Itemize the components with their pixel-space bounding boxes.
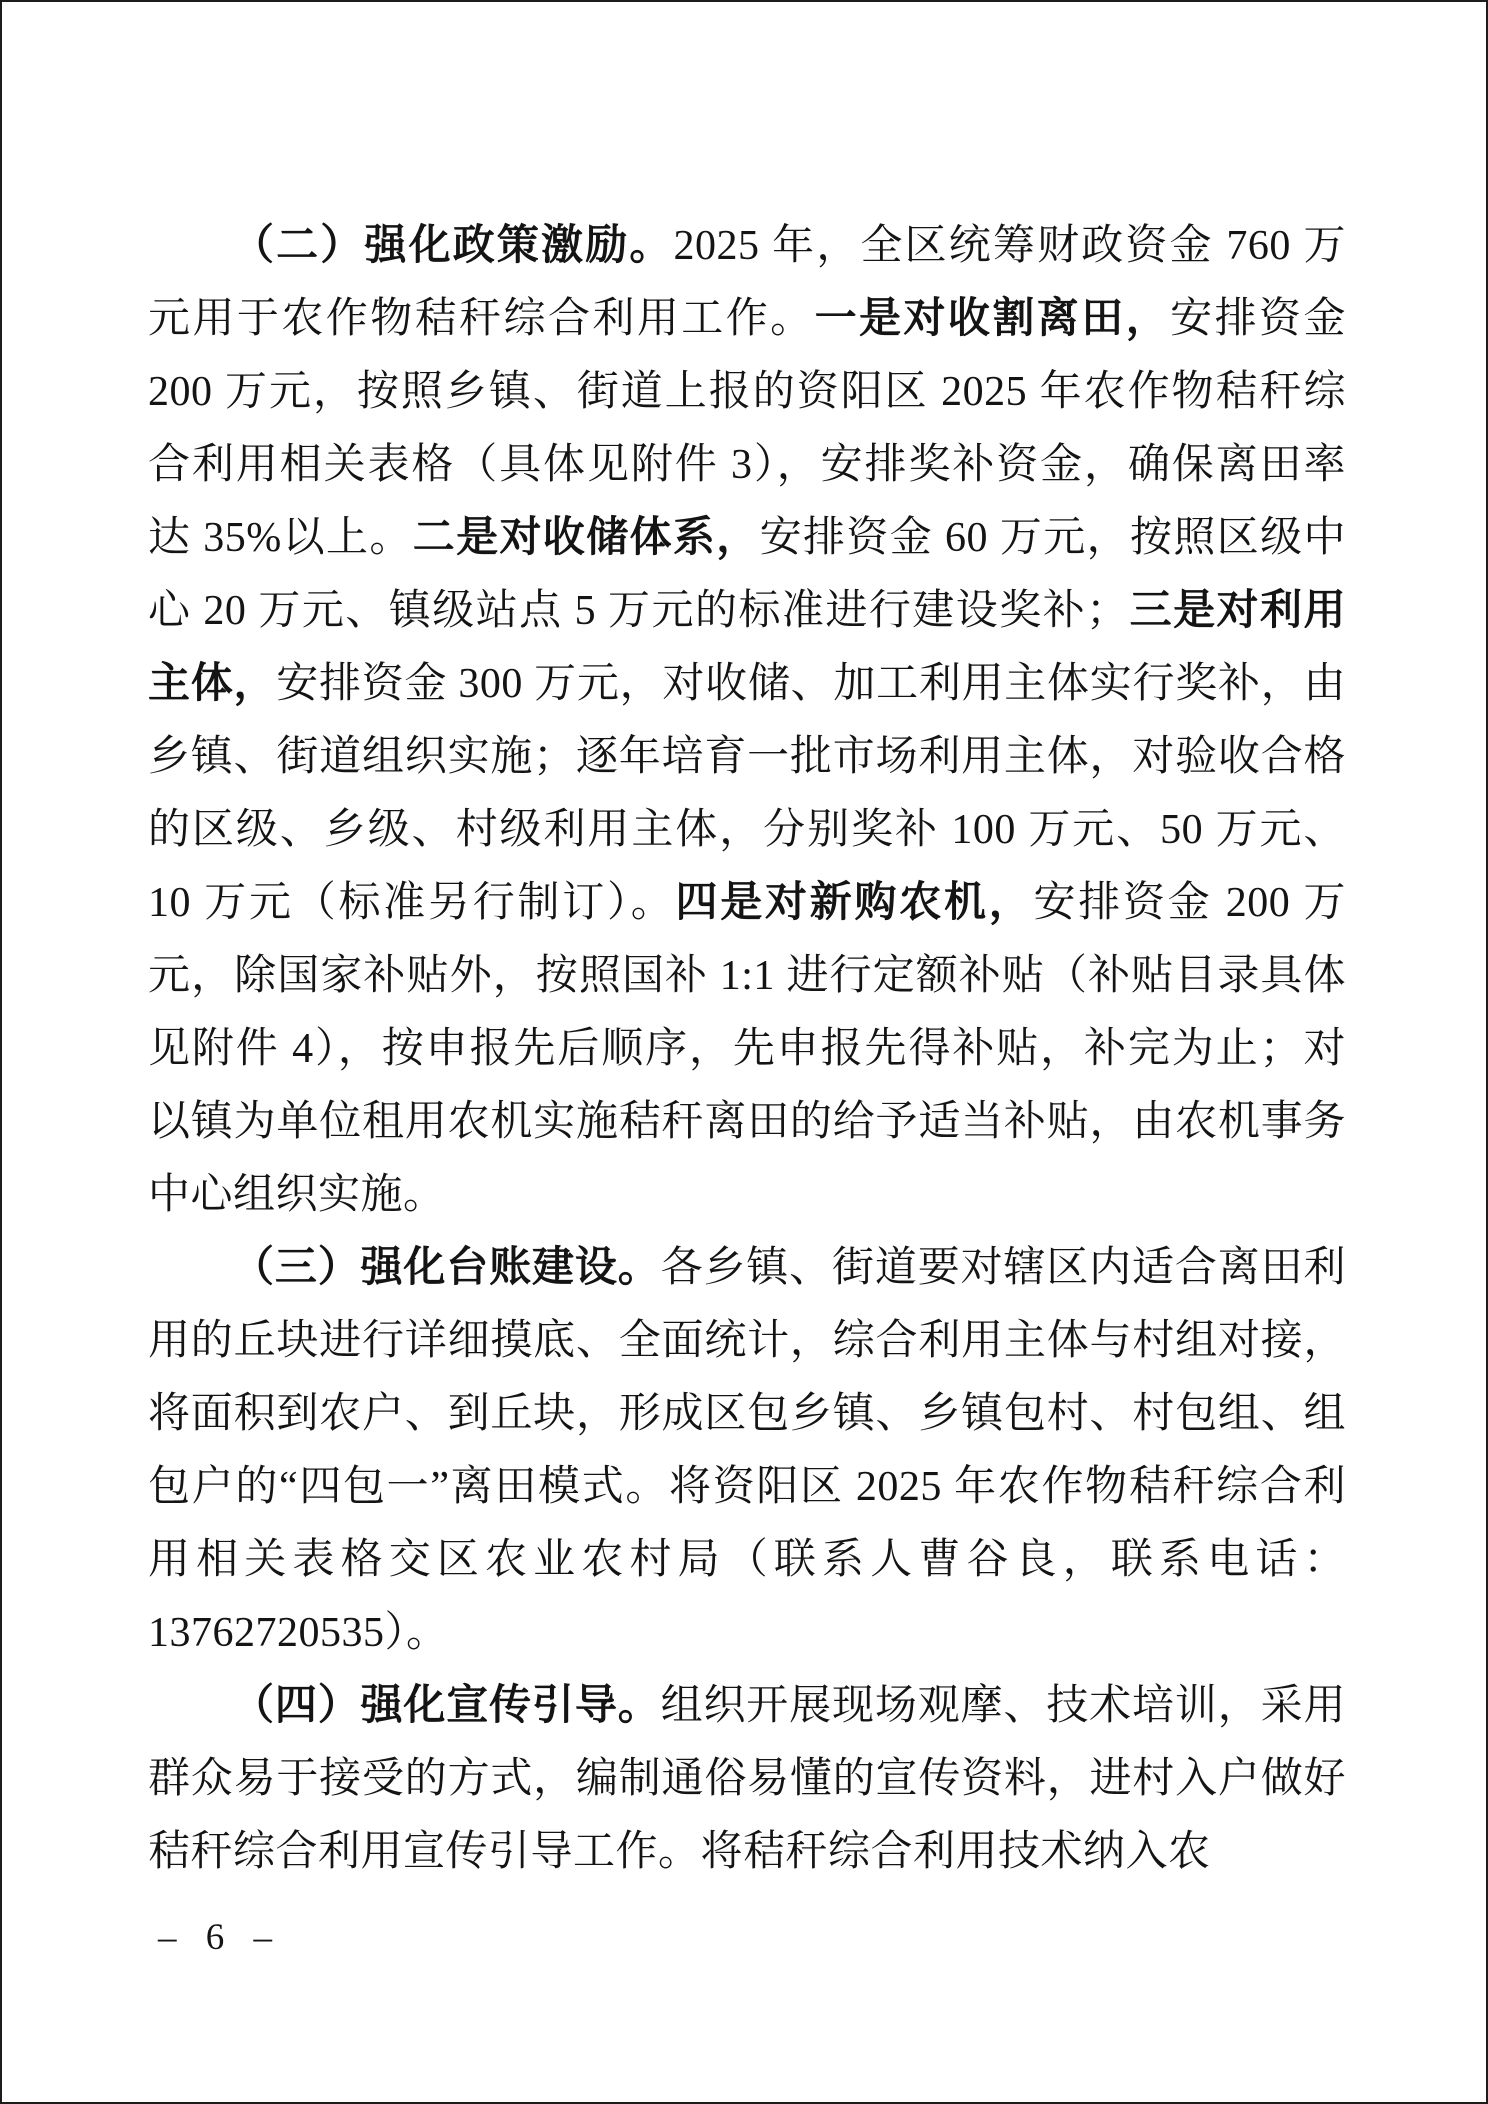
page-number: – 6 –: [158, 1916, 282, 1959]
document-body: （二）强化政策激励。2025 年，全区统筹财政资金 760 万元用于农作物秸秆综…: [148, 210, 1346, 1889]
emphasis-run-new-machinery: 四是对新购农机，: [675, 880, 1033, 926]
paragraph-ledger-building: （三）强化台账建设。各乡镇、街道要对辖区内适合离田利用的丘块进行详细摸底、全面统…: [148, 1232, 1346, 1670]
paragraph-publicity-guidance: （四）强化宣传引导。组织开展现场观摩、技术培训，采用群众易于接受的方式，编制通俗…: [148, 1670, 1346, 1889]
heading-run-ledger-building: （三）强化台账建设。: [232, 1245, 661, 1291]
heading-run-publicity-guidance: （四）强化宣传引导。: [232, 1683, 661, 1729]
text-run: 各乡镇、街道要对辖区内适合离田利用的丘块进行详细摸底、全面统计，综合利用主体与村…: [148, 1245, 1346, 1656]
paragraph-policy-incentive: （二）强化政策激励。2025 年，全区统筹财政资金 760 万元用于农作物秸秆综…: [148, 210, 1346, 1232]
text-run: 安排资金 200 万元，除国家补贴外，按照国补 1:1 进行定额补贴（补贴目录具…: [148, 880, 1346, 1218]
emphasis-run-harvest-offfield: 一是对收割离田，: [815, 296, 1171, 342]
emphasis-run-storage-system: 二是对收储体系，: [413, 515, 760, 561]
heading-run-policy-incentive: （二）强化政策激励。: [232, 223, 674, 269]
